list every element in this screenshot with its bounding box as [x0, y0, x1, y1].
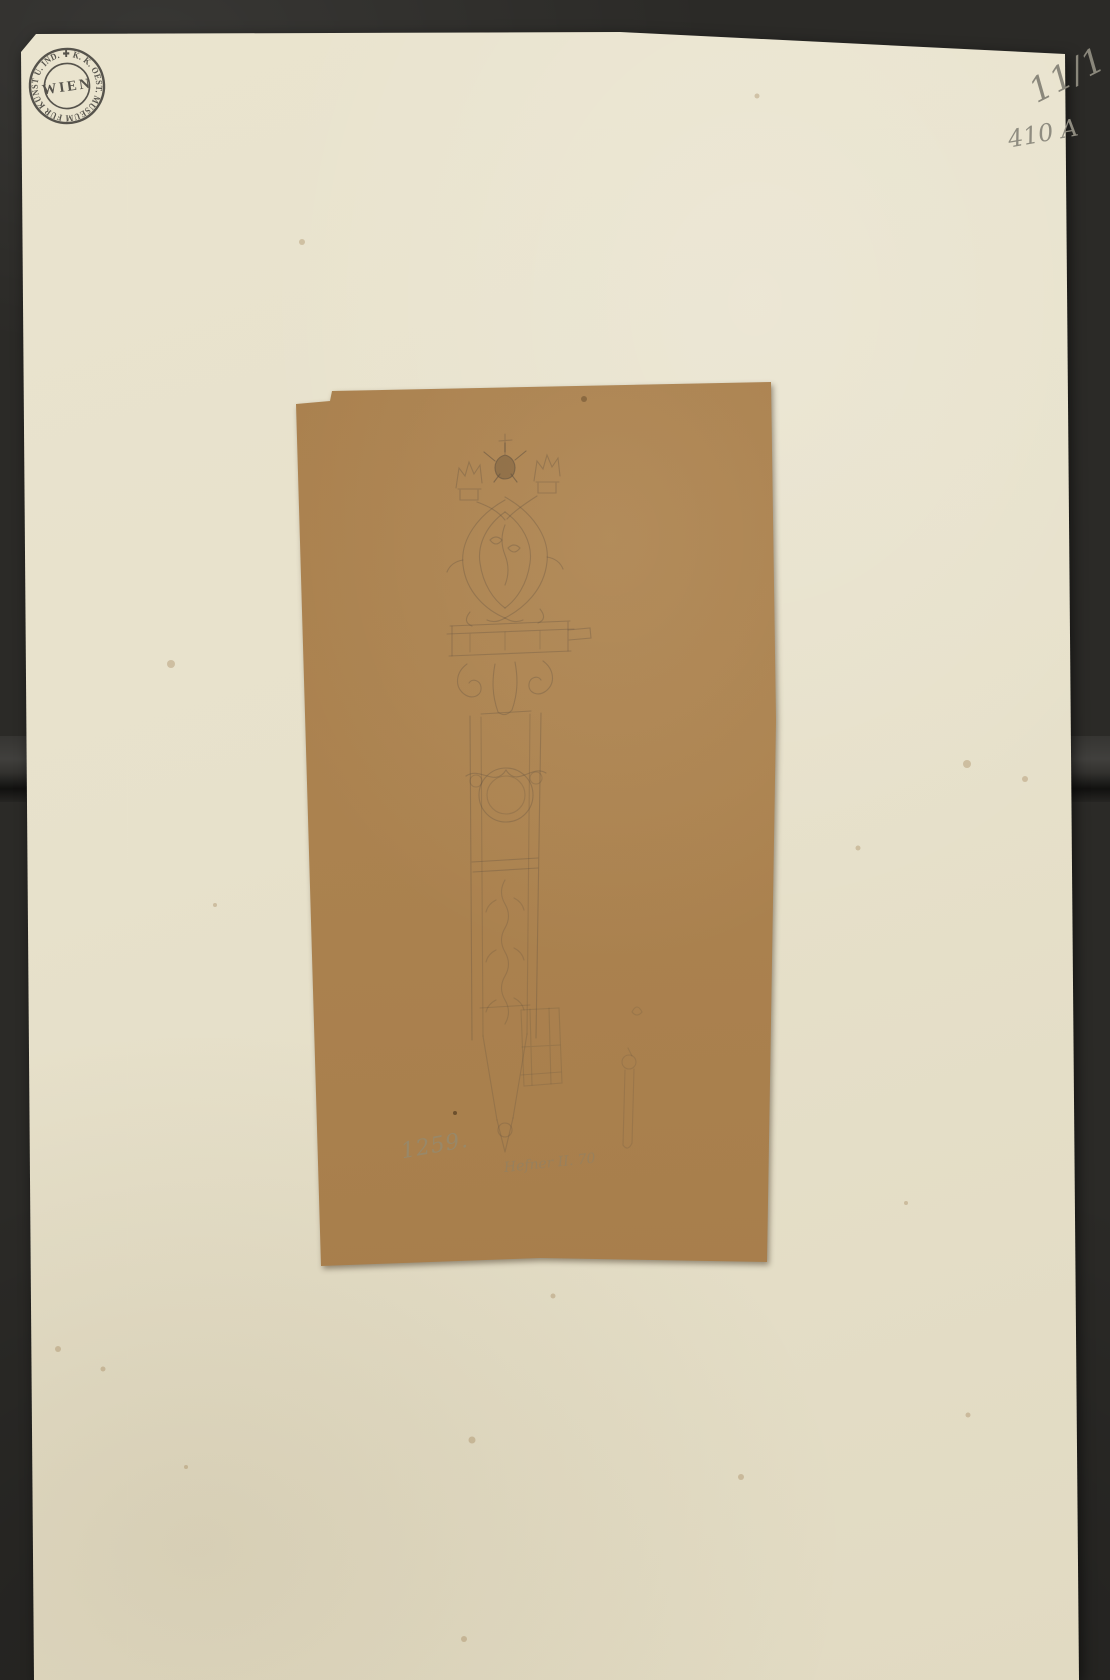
museum-stamp: ✚ K. K. OEST. MUSEUM FÜR KUNST U. IND. W… [25, 44, 109, 128]
sheet-number-inscription: 1259. [399, 1128, 470, 1164]
ink-and-pencil-layer: ✚ K. K. OEST. MUSEUM FÜR KUNST U. IND. W… [0, 0, 1110, 1680]
foxing-spots [55, 94, 1028, 1643]
sheet-reference-inscription: Hefner II. 70 [502, 1151, 596, 1177]
folio-number-pencil: 11/1 [1022, 39, 1110, 111]
ornament-drawing [447, 434, 642, 1152]
stamp-center-text: WIEN [41, 76, 93, 99]
scanned-document: ✚ K. K. OEST. MUSEUM FÜR KUNST U. IND. W… [0, 0, 1110, 1680]
inventory-number-pencil: 410 A [1005, 114, 1081, 154]
